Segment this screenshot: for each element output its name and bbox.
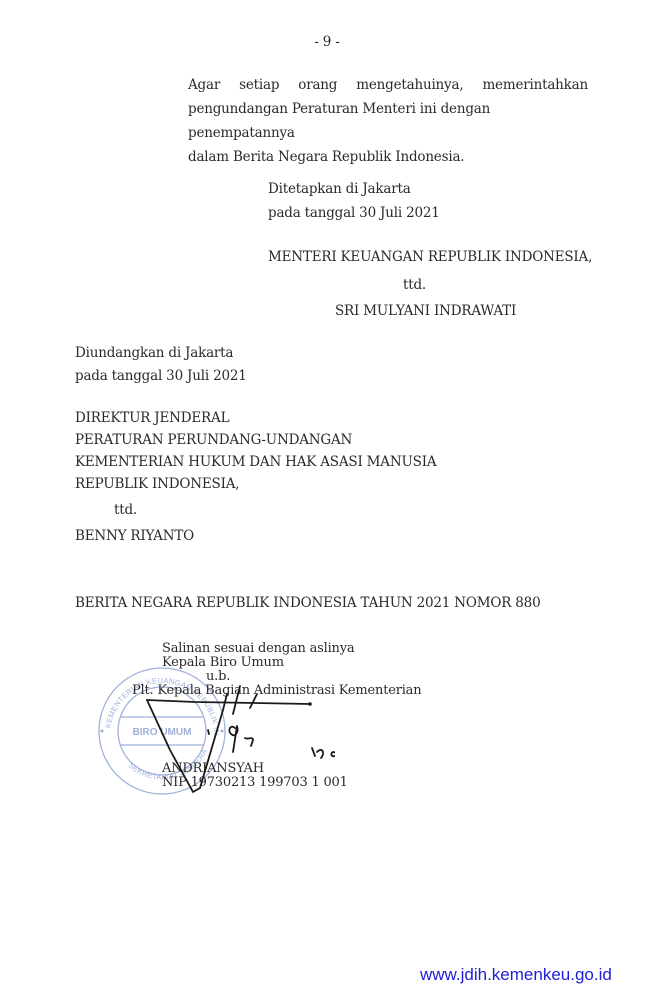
closing-paragraph-line-1: Agar setiap orang mengetahuinya, memerin… [188, 73, 588, 97]
enactment-signed: ttd. [403, 277, 426, 293]
closing-paragraph-line-3: dalam Berita Negara Republik Indonesia. [188, 145, 588, 169]
promulgation-office-line: DIREKTUR JENDERAL [75, 410, 229, 426]
closing-paragraph: Agar setiap orang mengetahuinya, memerin… [188, 73, 588, 169]
word: setiap [239, 73, 279, 97]
promulgation-place: Diundangkan di Jakarta [75, 345, 233, 361]
promulgation-office-line: PERATURAN PERUNDANG-UNDANGAN [75, 432, 352, 448]
footer-website-link[interactable]: www.jdih.kemenkeu.go.id [420, 965, 612, 985]
handwritten-signature-icon [135, 680, 335, 810]
closing-paragraph-line-2: pengundangan Peraturan Menteri ini denga… [188, 97, 588, 145]
promulgation-signatory-name: BENNY RIYANTO [75, 528, 194, 544]
word: memerintahkan [482, 73, 588, 97]
word: Agar [188, 73, 220, 97]
word: mengetahuinya, [356, 73, 463, 97]
enactment-place: Ditetapkan di Jakarta [268, 181, 411, 197]
page-number: - 9 - [0, 34, 654, 50]
promulgation-office-line: REPUBLIK INDONESIA, [75, 476, 239, 492]
promulgation-signed: ttd. [114, 502, 137, 518]
enactment-date: pada tanggal 30 Juli 2021 [268, 205, 440, 221]
promulgation-date: pada tanggal 30 Juli 2021 [75, 368, 247, 384]
gazette-reference: BERITA NEGARA REPUBLIK INDONESIA TAHUN 2… [75, 595, 540, 611]
promulgation-office-line: KEMENTERIAN HUKUM DAN HAK ASASI MANUSIA [75, 454, 436, 470]
enactment-office: MENTERI KEUANGAN REPUBLIK INDONESIA, [268, 249, 592, 265]
word: orang [298, 73, 337, 97]
enactment-signatory-name: SRI MULYANI INDRAWATI [335, 303, 516, 319]
